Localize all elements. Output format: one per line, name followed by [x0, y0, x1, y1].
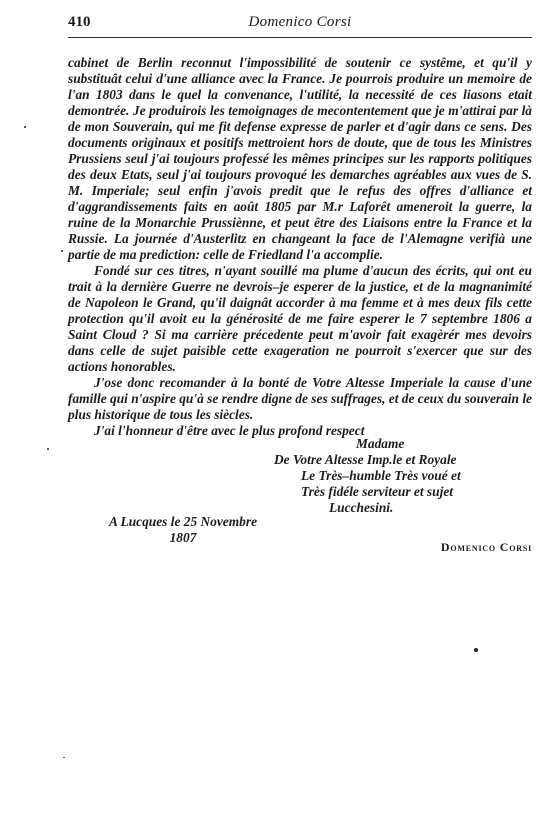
paragraph: Fondé sur ces titres, n'ayant souillé ma… [68, 263, 532, 375]
header-rule [68, 37, 532, 38]
signatory-name: Lucchesini. [274, 500, 514, 516]
running-title: Domenico Corsi [68, 14, 532, 31]
print-speck [47, 448, 49, 450]
paragraph: cabinet de Berlin reconnut l'impossibili… [68, 55, 532, 263]
print-speck [474, 648, 478, 652]
signature-line: De Votre Altesse Imp.le et Royale [274, 452, 514, 468]
page-header: 410 Domenico Corsi [68, 14, 532, 36]
print-speck [61, 250, 63, 252]
signature-block: Madame De Votre Altesse Imp.le et Royale… [274, 436, 514, 516]
signature-line: Le Très–humble Très voué et [274, 468, 514, 484]
print-speck [24, 126, 26, 128]
print-speck [63, 757, 65, 758]
place-date-line: A Lucques le 25 Novembre [98, 514, 268, 530]
author-attribution: Domenico Corsi [441, 540, 532, 555]
salutation: Madame [274, 436, 514, 452]
paragraph: J'ose donc recomander à la bonté de Votr… [68, 375, 532, 423]
place-date-year: 1807 [98, 530, 268, 546]
signature-line: Très fidéle serviteur et sujet [274, 484, 514, 500]
place-date: A Lucques le 25 Novembre 1807 [98, 514, 268, 546]
letter-body: cabinet de Berlin reconnut l'impossibili… [68, 55, 532, 439]
